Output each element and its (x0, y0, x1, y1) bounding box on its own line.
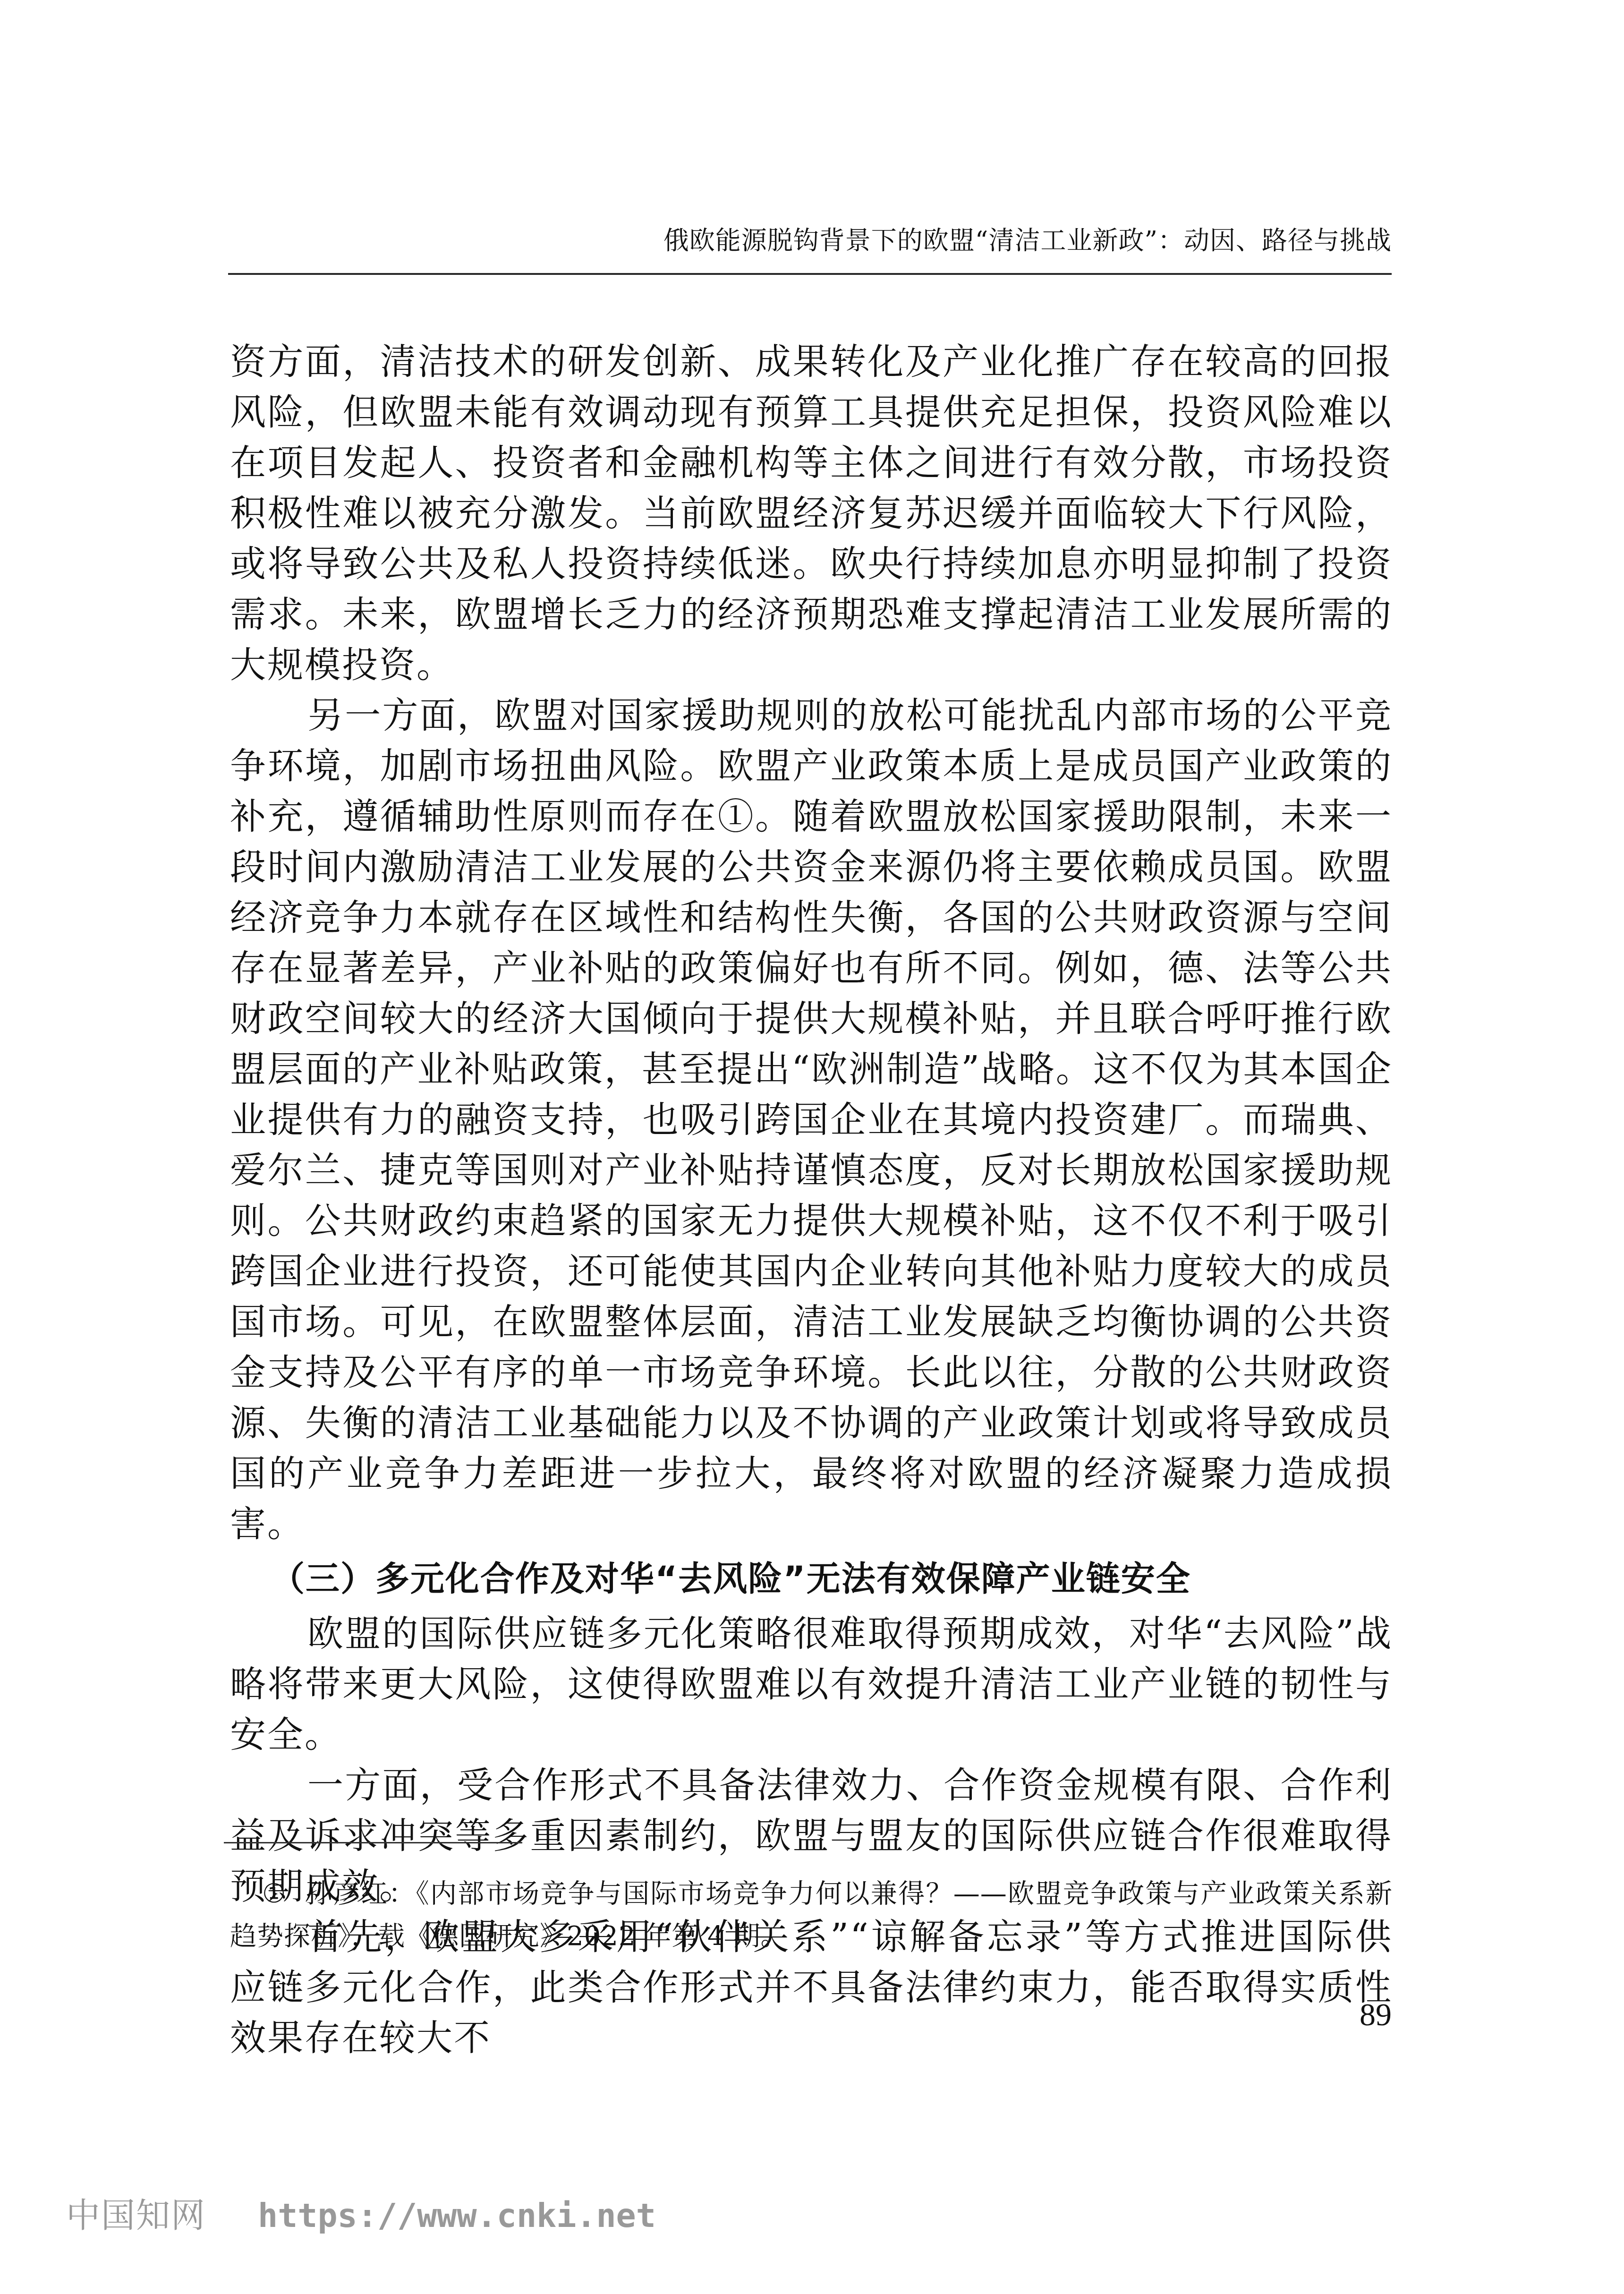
section-heading: （三）多元化合作及对华“去风险”无法有效保障产业链安全 (230, 1549, 1393, 1608)
header-divider (228, 273, 1392, 275)
footnote-item: ①孙彦红：《内部市场竞争与国际市场竞争力何以兼得？——欧盟竞争政策与产业政策关系… (230, 1873, 1393, 1958)
watermark-logo-text: 中国知网 (66, 2195, 206, 2235)
paragraph-text-after-ref: 。随着欧盟放松国家援助限制，未来一段时间内激励清洁工业发展的公共资金来源仍将主要… (230, 795, 1393, 1545)
paragraph-state-aid: 另一方面，欧盟对国家援助规则的放松可能扰乱内部市场的公平竞争环境，加剧市场扭曲风… (230, 690, 1393, 1549)
footnotes-section: ①孙彦红：《内部市场竞争与国际市场竞争力何以兼得？——欧盟竞争政策与产业政策关系… (230, 1873, 1393, 1958)
footnote-reference-link[interactable]: ① (718, 795, 755, 837)
paragraph-section-intro: 欧盟的国际供应链多元化策略很难取得预期成效，对华“去风险”战略将带来更大风险，这… (230, 1608, 1393, 1760)
watermark-url-link[interactable]: https://www.cnki.net (258, 2196, 656, 2235)
page-number: 89 (1322, 1996, 1392, 2033)
running-header-title: 俄欧能源脱钩背景下的欧盟“清洁工业新政”：动因、路径与挑战 (228, 222, 1392, 260)
footnote-marker: ① (262, 1878, 287, 1909)
footnote-divider (224, 1842, 522, 1843)
paragraph-continued: 资方面，清洁技术的研发创新、成果转化及产业化推广存在较高的回报风险，但欧盟未能有… (230, 336, 1393, 690)
footnote-text: 孙彦红：《内部市场竞争与国际市场竞争力何以兼得？——欧盟竞争政策与产业政策关系新… (230, 1878, 1393, 1952)
article-body: 资方面，清洁技术的研发创新、成果转化及产业化推广存在较高的回报风险，但欧盟未能有… (230, 336, 1393, 2063)
cnki-watermark: 中国知网https://www.cnki.net (66, 2192, 656, 2248)
